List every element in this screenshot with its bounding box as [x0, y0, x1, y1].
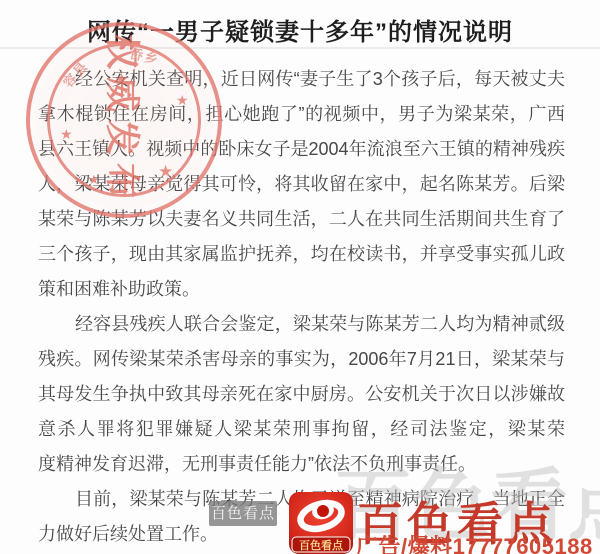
- title-divider: [0, 47, 600, 49]
- text-line: 某荣与陈某芳以夫妻名义共同生活，二人在共同生活期间共生育了: [38, 202, 565, 237]
- text-line: 人，梁某荣母亲觉得其可怜，将其收留在家中，起名陈某芳。后梁: [38, 167, 565, 202]
- text-line: 残疾。网传梁某荣杀害母亲的事实为，2006年7月21日，梁某荣与: [38, 342, 565, 377]
- logo-swirl-icon: 百色看点: [289, 492, 353, 554]
- text-line: 三个孩子，现由其家属监护抚养，均在校读书，并享受事实孤儿政: [38, 237, 565, 272]
- page-title: 网传“一男子疑锁妻十多年”的情况说明: [0, 12, 600, 47]
- contact-line: 广告/爆料17777605188: [356, 530, 593, 554]
- text-line: 经容县残疾人联合会鉴定，梁某荣与陈某芳二人均为精神贰级: [38, 307, 565, 342]
- watermark-badge: 百色看点: [209, 501, 277, 526]
- text-line: 经公安机关查明，近日网传“妻子生了3个孩子后，每天被丈夫: [38, 62, 565, 97]
- logo-banner-text: 百色看点: [299, 538, 344, 552]
- text-line: 策和困难补助政策。: [38, 272, 565, 307]
- text-line: 拿木棍锁住在房间，担心她跑了”的视频中，男子为梁某荣，广西容: [38, 97, 565, 132]
- brand-logo: 百色看点: [289, 492, 353, 554]
- text-line: 其母发生争执中致其母亲死在家中厨房。公安机关于次日以涉嫌故: [38, 377, 565, 412]
- text-line: 意杀人罪将犯罪嫌疑人梁某荣刑事拘留，经司法鉴定，梁某荣为“轻: [38, 412, 565, 447]
- notice-page: 网传“一男子疑锁妻十多年”的情况说明 经公安机关查明，近日网传“妻子生了3个孩子…: [0, 0, 600, 554]
- text-line: 县六王镇人。视频中的卧床女子是2004年流浪至六王镇的精神残疾: [38, 132, 565, 167]
